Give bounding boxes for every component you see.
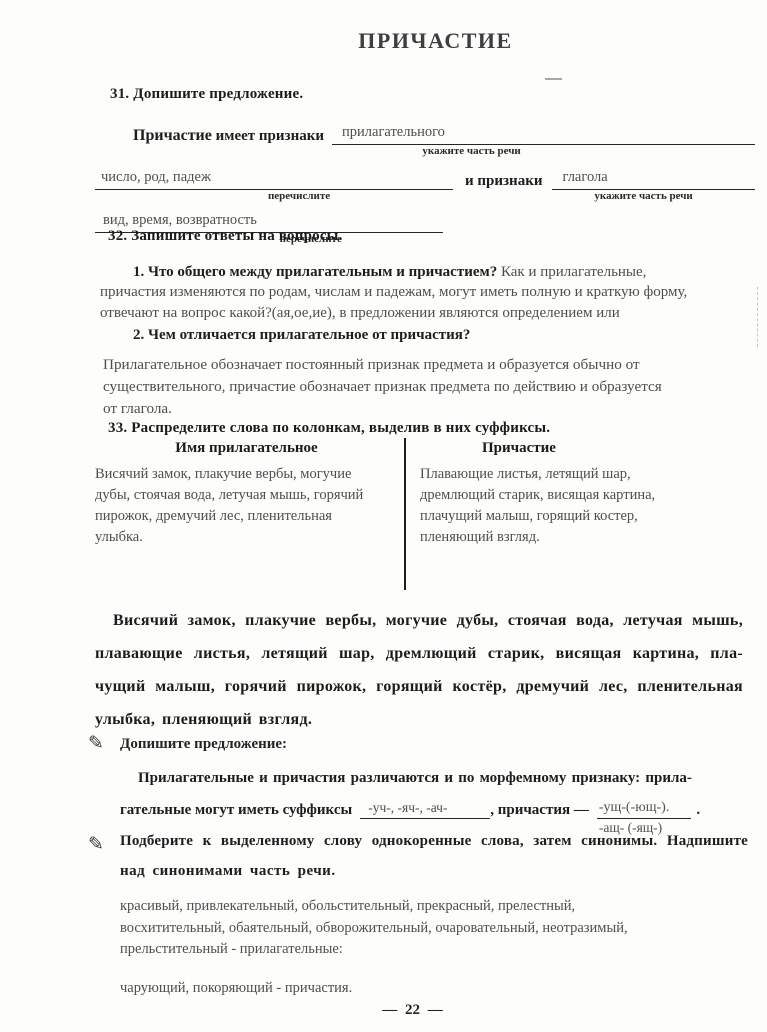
answer-2-block: Прилагательное обозначает постоянный при… — [95, 354, 747, 420]
cell-line: Висячий замок, плакучие вербы, могучие — [95, 464, 398, 485]
adjective-suffixes-answer: -уч-, -яч-, -ач- — [368, 800, 447, 815]
cell-line: пленяющий взгляд. — [420, 527, 672, 548]
cell-line: дремлющий старик, висящая картина, — [420, 485, 672, 506]
cell-line: пирожок, дремучий лес, пленительная — [95, 506, 398, 527]
question-1-text: 1. Что общего между прилагательным и при… — [133, 264, 497, 280]
row1-label: Причастие имеет признаки — [133, 127, 324, 145]
task1-mid-text: , причастия — — [490, 802, 589, 819]
task1-sentence-line2: гательные могут иметь суффиксы -уч-, -яч… — [120, 799, 750, 819]
cell-line: улыбка. — [95, 527, 398, 548]
row2-and-label: и признаки — [465, 173, 542, 190]
blank3-caption: укажите часть речи — [594, 190, 692, 202]
answer-1-line: отвечают на вопрос какой?(ая,ое,ие), в п… — [100, 303, 747, 324]
task2-participles-line: чарующий, покоряющий - причастия. — [120, 980, 750, 997]
form-row-1: Причастие имеет признаки прилагательного… — [133, 124, 755, 145]
task1-period: . — [696, 802, 700, 819]
pencil-task-2: ✎ Подберите к выделенному слову однокоре… — [90, 833, 750, 997]
blank-adjective-features[interactable]: число, род, падеж перечислите — [95, 169, 453, 190]
page-title: ПРИЧАСТИЕ — [0, 28, 767, 54]
column-participles-body: Плавающие листья, летящий шар, дремлющий… — [420, 464, 672, 548]
blank3-answer: глагола — [562, 169, 607, 185]
task2-instruction-line2: над синонимами часть речи. — [120, 863, 750, 880]
exercise-32-heading: 32. Запишите ответы на вопросы. — [108, 226, 747, 247]
pencil-task-1: ✎ Допишите предложение: Прилагательные и… — [90, 736, 750, 819]
question-2: 2. Чем отличается прилагательное от прич… — [133, 325, 747, 346]
paragraph-line: улыбка, пленяющий взгляд. — [95, 703, 743, 736]
task1-sentence-line1: Прилагательные и причастия различаются и… — [138, 770, 750, 787]
pencil-icon: ✎ — [88, 734, 104, 753]
participle-suffixes-top: -ущ-(-ющ-). — [597, 800, 692, 819]
workbook-page: ПРИЧАСТИЕ 31. Допишите предложение. Прич… — [0, 0, 767, 1032]
word-list-paragraph: Висячий замок, плакучие вербы, могучие д… — [95, 604, 743, 736]
answer-2-line: Прилагательное обозначает постоянный при… — [103, 354, 747, 376]
row1-label-rest: имеет признаки — [212, 128, 324, 144]
scan-artifact — [545, 78, 562, 80]
answer-1-inline: Как и прилагательные, — [501, 264, 646, 280]
blank-adjective-suffixes[interactable]: -уч-, -яч-, -ач- — [360, 800, 490, 819]
answer-2-line: от глагола. — [103, 398, 747, 420]
question-1: 1. Что общего между прилагательным и при… — [133, 262, 747, 283]
column-adjectives-header: Имя прилагательное — [95, 438, 398, 459]
form-row-2: число, род, падеж перечислите и признаки… — [95, 169, 755, 190]
exercise-33-table: Имя прилагательное Висячий замок, плакуч… — [95, 438, 747, 590]
blank-part-of-speech-1[interactable]: прилагательного укажите часть речи — [332, 124, 755, 145]
blank2-answer: число, род, падеж — [101, 169, 211, 185]
blank2-caption: перечислите — [268, 190, 330, 202]
task2-adjective-list: красивый, привлекательный, обольстительн… — [120, 896, 750, 961]
paragraph-line: Висячий замок, плакучие вербы, могучие д… — [95, 604, 743, 637]
page-number: — 22 — — [0, 1002, 767, 1019]
paragraph-line: плавающие листья, летящий шар, дремлющий… — [95, 637, 743, 670]
list-line: прельстительный - прилагательные: — [120, 939, 750, 961]
exercise-31-form: Причастие имеет признаки прилагательного… — [95, 124, 755, 233]
row1-label-bold: Причастие — [133, 127, 212, 144]
column-adjectives-body: Висячий замок, плакучие вербы, могучие д… — [95, 464, 398, 548]
list-line: восхитительный, обаятельный, обворожител… — [120, 918, 750, 940]
task1-label: Допишите предложение: — [120, 736, 750, 753]
blank1-answer: прилагательного — [342, 124, 445, 140]
column-participles-header: Причастие — [420, 438, 747, 459]
blank-part-of-speech-2[interactable]: глагола укажите часть речи — [552, 169, 755, 190]
task1-line2-prefix: гательные могут иметь суффиксы — [120, 802, 352, 819]
exercise-31-heading: 31. Допишите предложение. — [110, 86, 303, 103]
blank-participle-suffixes[interactable]: -ущ-(-ющ-). -ащ- (-ящ-) — [597, 799, 692, 819]
column-participles: Причастие Плавающие листья, летящий шар,… — [406, 438, 747, 590]
column-adjectives: Имя прилагательное Висячий замок, плакуч… — [95, 438, 404, 590]
scan-artifact — [757, 287, 758, 347]
task2-instruction-line1: Подберите к выделенному слову однокоренн… — [120, 833, 748, 850]
exercise-32: 32. Запишите ответы на вопросы. 1. Что о… — [95, 226, 747, 420]
exercise-33-heading: 33. Распределите слова по колонкам, выде… — [108, 420, 550, 437]
answer-1-line: причастия изменяются по родам, числам и … — [100, 282, 747, 303]
paragraph-line: чущий малыш, горячий пирожок, горящий ко… — [95, 670, 743, 703]
answer-2-line: существительного, причастие обозначает п… — [103, 376, 747, 398]
blank1-caption: укажите часть речи — [422, 145, 520, 157]
pencil-icon: ✎ — [88, 835, 104, 854]
cell-line: плачущий малыш, горящий костер, — [420, 506, 672, 527]
list-line: красивый, привлекательный, обольстительн… — [120, 896, 750, 918]
cell-line: Плавающие листья, летящий шар, — [420, 464, 672, 485]
cell-line: дубы, стоячая вода, летучая мышь, горячи… — [95, 485, 398, 506]
